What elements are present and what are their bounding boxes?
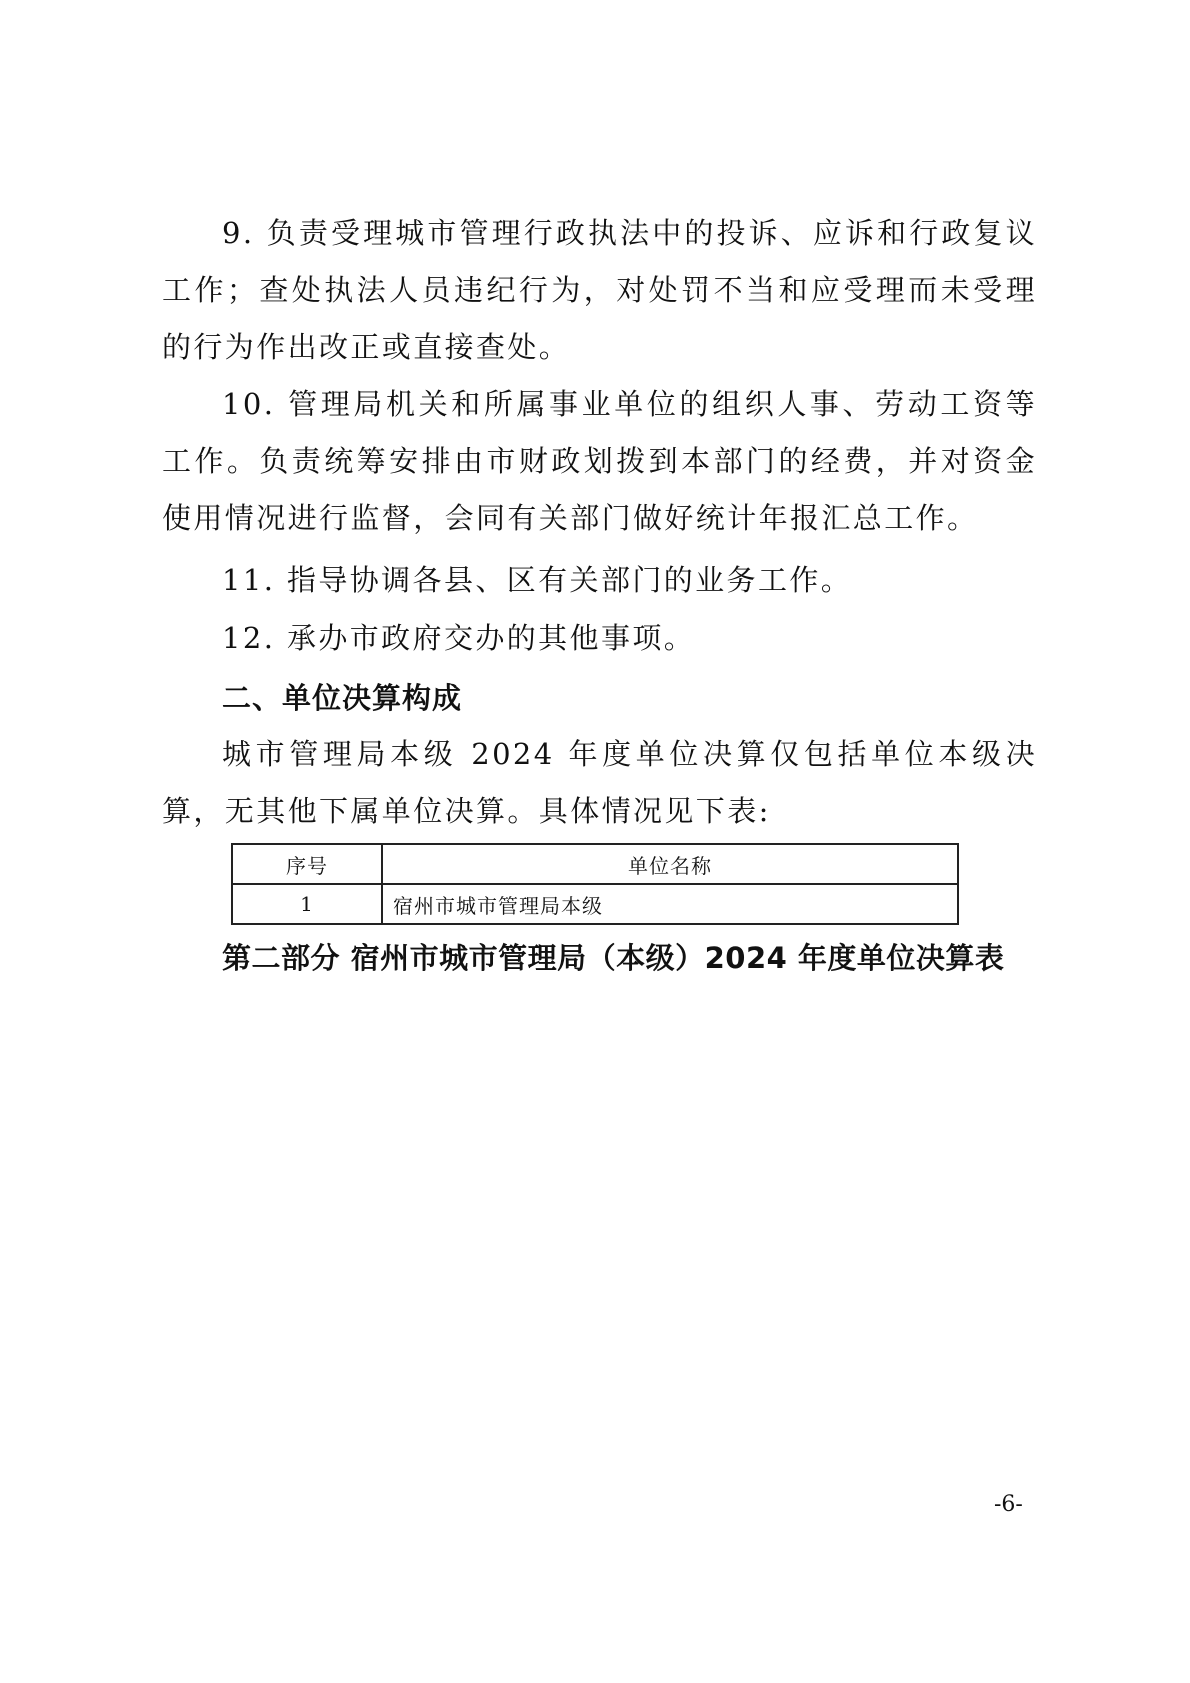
- table-header-name: 单位名称: [382, 844, 958, 884]
- section-heading: 二、单位决算构成: [222, 678, 462, 718]
- paragraph-item-12: 12. 承办市政府交办的其他事项。: [162, 610, 1037, 667]
- section-body: 城市管理局本级 2024 年度单位决算仅包括单位本级决算，无其他下属单位决算。具…: [162, 726, 1037, 840]
- table-cell-no: 1: [232, 884, 382, 924]
- document-page: 9. 负责受理城市管理行政执法中的投诉、应诉和行政复议工作；查处执法人员违纪行为…: [0, 0, 1190, 1683]
- paragraph-item-11: 11. 指导协调各县、区有关部门的业务工作。: [162, 552, 1037, 609]
- table-header-no: 序号: [232, 844, 382, 884]
- table-row: 1 宿州市城市管理局本级: [232, 884, 958, 924]
- paragraph-item-10: 10. 管理局机关和所属事业单位的组织人事、劳动工资等工作。负责统筹安排由市财政…: [162, 376, 1037, 547]
- table-header-row: 序号 单位名称: [232, 844, 958, 884]
- paragraph-item-9: 9. 负责受理城市管理行政执法中的投诉、应诉和行政复议工作；查处执法人员违纪行为…: [162, 205, 1037, 376]
- table-cell-name: 宿州市城市管理局本级: [382, 884, 958, 924]
- unit-table: 序号 单位名称 1 宿州市城市管理局本级: [231, 843, 959, 925]
- part-title: 第二部分 宿州市城市管理局（本级）2024 年度单位决算表: [222, 936, 1004, 980]
- page-number: -6-: [994, 1490, 1023, 1520]
